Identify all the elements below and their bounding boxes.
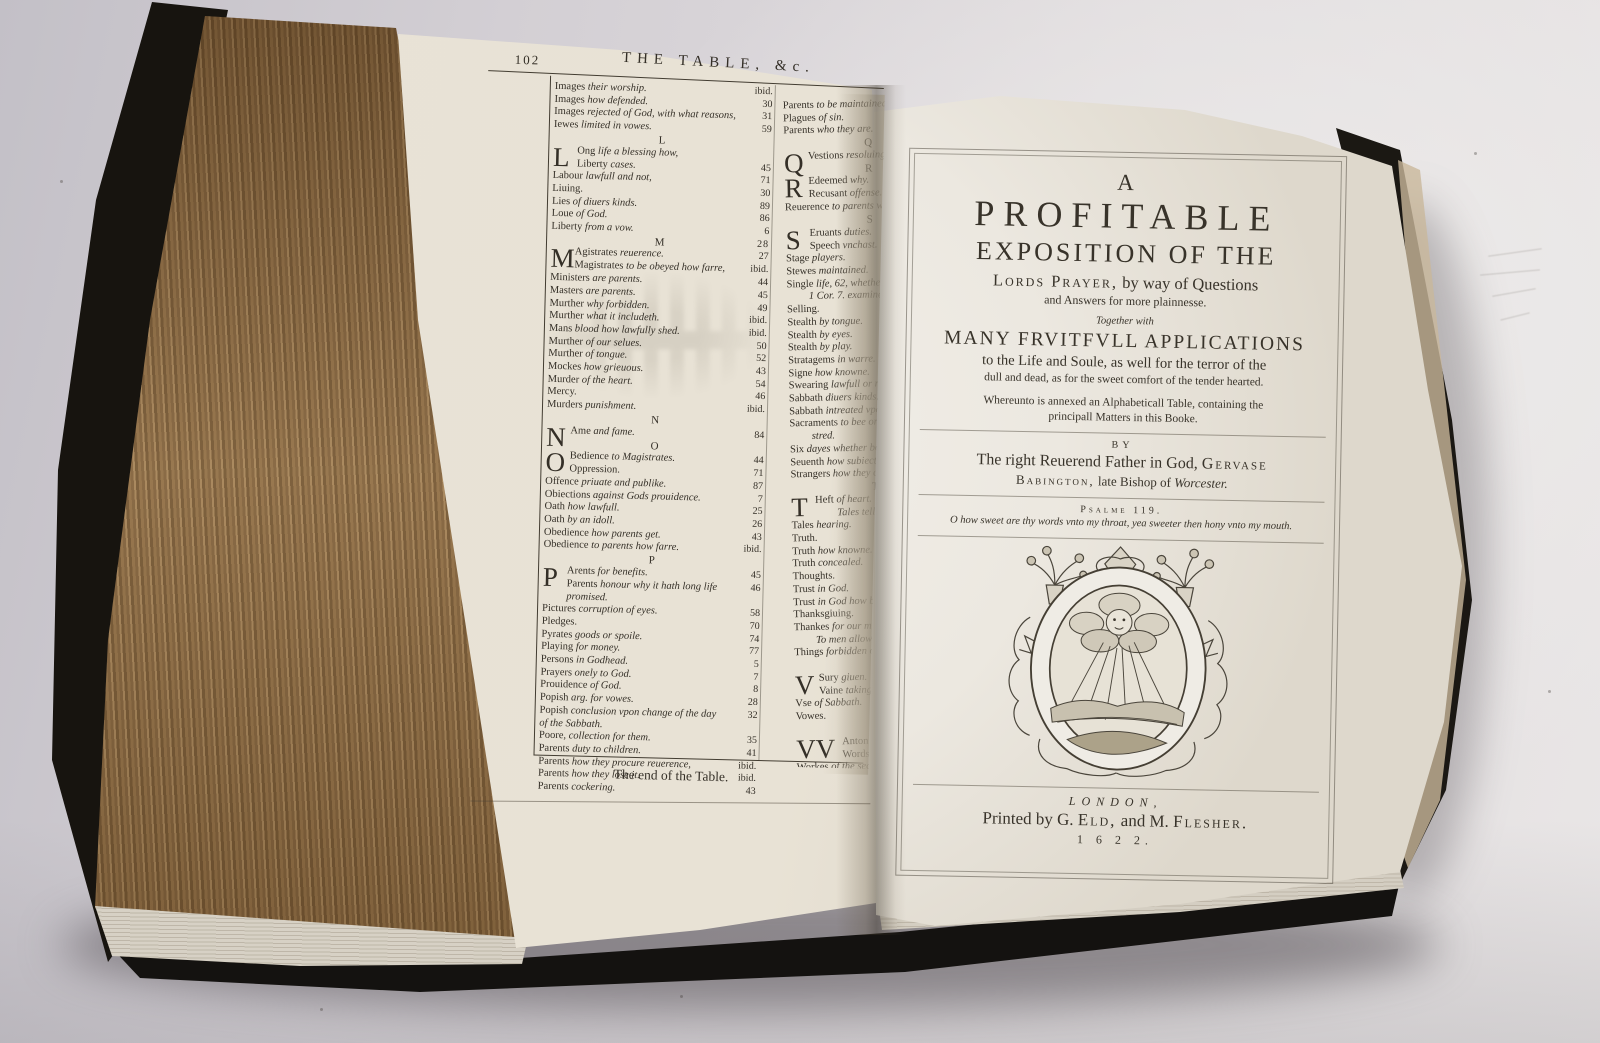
- entry-word: Trust: [793, 596, 815, 607]
- entry-detail: life, 62, whether better.: [813, 276, 884, 289]
- entry-detail: of God.: [587, 680, 621, 692]
- entry-detail: onely to God.: [572, 667, 632, 679]
- author-office: late Bishop of: [1095, 473, 1175, 490]
- entry-detail: corruption of eyes.: [576, 604, 658, 617]
- entry-page-number: ibid.: [736, 264, 768, 277]
- entry-word: Bedience: [570, 451, 609, 463]
- entry-detail: forbidden on the Sabbath.: [823, 645, 884, 658]
- entry-page-number: 71: [731, 467, 763, 480]
- entry-word: Murther: [548, 348, 583, 360]
- entry-word: Stealth: [787, 317, 816, 329]
- entry-word: Obedience: [544, 526, 589, 538]
- entry-text: Vestions resoluing, long life.: [808, 148, 885, 164]
- entry-word: Oath: [544, 514, 565, 525]
- table-entry: Things forbidden on the Sabbath.: [794, 644, 884, 660]
- entry-page-number: 25: [730, 506, 762, 519]
- entry-detail: how subiect to worke.: [824, 454, 885, 467]
- entry-word: Truth: [792, 546, 815, 557]
- entry-detail: of tongue.: [583, 349, 628, 361]
- entry-page-number: 30: [740, 98, 772, 111]
- entry-word: Stage: [786, 253, 810, 264]
- section-header-number: 28: [757, 239, 769, 252]
- entry-detail: offense.: [847, 188, 882, 200]
- entry-word: Persons: [541, 654, 574, 666]
- left-page-content: 102 THE TABLE, &c. Images their worship.…: [467, 45, 890, 935]
- entry-detail: against Gods prouidence.: [590, 489, 701, 503]
- entry-word: Poore,: [539, 730, 566, 742]
- entry-detail: to Magistrates.: [609, 451, 675, 464]
- entry-detail: hearing.: [814, 519, 852, 531]
- entry-text: Edeemed why.: [808, 173, 884, 189]
- entry-detail: lawfull and not,: [583, 171, 652, 184]
- entry-detail: arg. for vowes.: [568, 693, 633, 706]
- entry-page-number: 35: [725, 734, 757, 747]
- entry-word: Eruants: [809, 227, 841, 239]
- entry-word: Murders: [547, 399, 583, 411]
- entry-text: Recusant offense.: [809, 186, 885, 202]
- author-see: Worcester.: [1174, 475, 1228, 491]
- entry-detail: for money.: [573, 642, 620, 654]
- entry-word: Prouidence: [540, 679, 588, 691]
- entry-word: Truth.: [792, 533, 818, 545]
- entry-detail: for benefits.: [595, 566, 648, 578]
- page-number: 102: [504, 52, 550, 69]
- entry-page-number: 28: [726, 696, 758, 709]
- entry-word: Workes: [797, 762, 829, 769]
- title-page-frame-inner: A PROFITABLE EXPOSITION OF THE Lords Pra…: [900, 153, 1342, 879]
- entry-word: Arents: [567, 565, 595, 577]
- title-line-1: PROFITABLE: [930, 191, 1325, 241]
- entry-detail: how knowne.: [815, 544, 873, 556]
- printer-pre: Printed by G.: [982, 808, 1078, 829]
- entry-detail: of Sabbath.: [812, 697, 863, 709]
- entry-detail: dayes whether bound to labour.: [804, 441, 885, 455]
- entry-word: Mans: [549, 323, 573, 335]
- entry-detail: reuerence.: [617, 248, 664, 260]
- entry-page-number: 89: [738, 200, 770, 213]
- entry-page-number: 43: [723, 785, 755, 798]
- entry-word: Ministers: [550, 272, 590, 284]
- entry-detail: of diuers kinds.: [570, 196, 637, 209]
- entry-word: Mockes: [548, 361, 582, 373]
- entry-detail: how lawfull.: [565, 502, 620, 514]
- entry-page-number: 49: [735, 302, 767, 315]
- entry-detail: for our meat proued.: [829, 620, 884, 633]
- entry-detail: limited in vowes.: [578, 120, 652, 133]
- entry-word: Anton: [842, 735, 868, 747]
- title-page-content: A PROFITABLE EXPOSITION OF THE Lords Pra…: [880, 101, 1376, 950]
- dust-speck: [1474, 152, 1477, 155]
- entry-word: Stratagems: [788, 354, 835, 366]
- entry-detail: priuate and publike.: [579, 476, 667, 489]
- entry-detail: men allowable how.: [826, 632, 885, 645]
- entry-detail: of sin.: [816, 112, 845, 124]
- entry-word: Parents: [539, 743, 570, 755]
- entry-detail: in warre.: [835, 353, 876, 365]
- entry-word: Tales: [837, 507, 859, 518]
- entry-page-number: 32: [725, 709, 757, 722]
- entry-detail: duty to children.: [569, 743, 641, 756]
- entry-page-number: 27: [737, 251, 769, 264]
- entry-word: Masters: [550, 285, 584, 297]
- entry-word: Popish: [540, 692, 569, 704]
- entry-word: Sabbath: [789, 393, 823, 405]
- entry-word: Labour: [553, 170, 584, 182]
- entry-word: Sury: [819, 672, 839, 683]
- entry-detail: by play.: [817, 341, 853, 353]
- entry-page-number: ibid.: [735, 315, 767, 328]
- printer-name-1: Eld,: [1078, 810, 1117, 830]
- entry-word: Plagues: [783, 112, 816, 124]
- entry-word: Six: [790, 444, 804, 455]
- printer-device-emblem: [987, 539, 1250, 782]
- entry-detail: to parents whence.: [829, 200, 884, 213]
- entry-word: Heft: [815, 494, 834, 505]
- printer-name-2: Flesher.: [1173, 812, 1248, 832]
- entry-detail: cockering.: [568, 781, 615, 793]
- entry-word: Obedience: [543, 539, 588, 551]
- entry-word: Thanksgiuing.: [793, 608, 854, 620]
- entry-detail: concealed.: [815, 557, 863, 569]
- entry-detail: in God how bred.: [815, 595, 885, 608]
- entry-detail: how parents get.: [589, 528, 661, 541]
- entry-detail: who they are.: [814, 124, 873, 136]
- entry-page-number: 54: [733, 378, 765, 391]
- dust-speck: [1548, 690, 1551, 693]
- entry-text: Parents honour why it hath long life pro…: [566, 578, 729, 607]
- entry-page-number: 84: [732, 429, 764, 442]
- entry-detail: blood how lawfully shed.: [572, 323, 680, 337]
- entry-word: Playing: [541, 641, 573, 653]
- entry-detail: their worship.: [585, 82, 647, 95]
- entry-page-number: 7: [726, 671, 758, 684]
- entry-word: Vaine: [819, 685, 843, 696]
- table-entry: Vse of Sabbath.: [795, 695, 884, 711]
- entry-text: Eruants duties.: [809, 224, 884, 240]
- entry-text: Heft of heart.: [815, 491, 885, 507]
- entry-detail: to bee on the Sabbath mini-: [838, 415, 885, 428]
- dust-speck: [680, 995, 683, 998]
- entry-page-number: 87: [731, 480, 763, 493]
- entry-text: Tales telling.: [815, 504, 884, 520]
- entry-detail: of the heart.: [579, 374, 633, 386]
- table-entry: VVAnton lookes.: [796, 733, 885, 750]
- entry-detail: life a blessing how,: [595, 145, 678, 158]
- entry-page-number: 41: [724, 747, 756, 760]
- entry-detail: cases.: [608, 159, 636, 171]
- table-entry: Vaine taking of Gods name.: [795, 682, 885, 698]
- entry-detail: by eyes.: [817, 329, 853, 341]
- entry-page-number: 8: [726, 684, 758, 697]
- index-column-2: Parents to be maintained of their childr…: [783, 97, 885, 769]
- entry-page-number: 59: [740, 123, 772, 136]
- entry-word: Liberty: [551, 221, 582, 233]
- entry-detail: and fame.: [591, 425, 635, 437]
- entry-page-number: ibid.: [733, 403, 765, 416]
- entry-word: Pictures: [542, 603, 576, 615]
- entry-word: Stealth: [788, 329, 817, 341]
- entry-text: Things forbidden on the Sabbath.: [794, 644, 884, 660]
- entry-word: Thankes: [794, 622, 830, 634]
- entry-page-number: 43: [730, 531, 762, 544]
- entry-detail: of God.: [573, 209, 607, 221]
- entry-detail: punishment.: [582, 400, 636, 412]
- entry-word: Recusant: [809, 189, 848, 201]
- table-entry: VSury giuen.: [795, 669, 885, 686]
- title-lords-prayer: Lords Prayer,: [993, 270, 1118, 291]
- entry-word: Things: [794, 647, 823, 659]
- entry-word: Parents: [783, 100, 814, 112]
- entry-word: Ong: [577, 145, 595, 156]
- entry-word: Murther: [549, 297, 584, 309]
- entry-detail: in God.: [815, 583, 849, 595]
- entry-detail: vnchast.: [840, 239, 878, 251]
- entry-page-number: 77: [727, 646, 759, 659]
- entry-word: Reuerence: [785, 202, 830, 214]
- entry-word: Agistrates: [575, 247, 618, 259]
- entry-text: Vowes.: [796, 708, 885, 724]
- entry-detail: from a vow.: [582, 222, 634, 234]
- entry-page-number: 74: [727, 633, 759, 646]
- dust-speck: [320, 1008, 323, 1011]
- printer-mid: and M.: [1116, 811, 1173, 831]
- entry-page-number: 86: [737, 213, 769, 226]
- entry-detail: how they charged.: [830, 467, 884, 480]
- entry-text: Vaine taking of Gods name.: [819, 682, 885, 698]
- entry-page-number: [739, 149, 771, 150]
- entry-detail: are parents.: [583, 285, 636, 297]
- entry-word: Images: [555, 81, 586, 93]
- entry-page-number: 44: [732, 455, 764, 468]
- title-line-3-rest: by way of Questions: [1118, 273, 1259, 295]
- entry-word: Murder: [548, 373, 580, 385]
- entry-word: Single: [786, 279, 813, 291]
- entry-detail: how knowne.: [812, 366, 870, 378]
- entry-detail: how defended.: [585, 94, 649, 107]
- entry-page-number: 31: [740, 111, 772, 124]
- entry-word: Magistrates: [574, 260, 623, 272]
- entry-word: Offence: [545, 476, 579, 488]
- entry-word: Vowes.: [796, 711, 827, 723]
- entry-page-number: 58: [728, 607, 760, 620]
- entry-detail: intreated vpon at large.: [823, 403, 885, 416]
- entry-word: To: [816, 634, 826, 645]
- entry-detail: diuers kinds.: [823, 391, 880, 403]
- entry-word: Ame: [570, 425, 591, 436]
- entry-page-number: 6: [737, 225, 769, 238]
- entry-text: Vse of Sabbath.: [795, 695, 884, 711]
- entry-word: Lies: [552, 195, 570, 206]
- entry-word: Edeemed: [808, 176, 847, 188]
- entry-word: Truth: [792, 558, 815, 569]
- entry-word: Parents: [567, 578, 598, 590]
- entry-page-number: 45: [739, 162, 771, 175]
- entry-word: Parents: [538, 781, 569, 793]
- entry-detail: players.: [809, 252, 845, 264]
- entry-detail: of our selues.: [583, 336, 642, 348]
- entry-word: Images: [554, 94, 585, 106]
- title-page-frame: A PROFITABLE EXPOSITION OF THE Lords Pra…: [895, 148, 1347, 884]
- entry-page-number: 5: [727, 658, 759, 671]
- entry-text: Sury giuen.: [819, 669, 885, 685]
- entry-detail: why forbidden.: [584, 298, 650, 311]
- entry-page-number: 45: [729, 569, 761, 582]
- entry-page-number: ibid.: [741, 85, 773, 98]
- entry-word: Speech: [810, 240, 841, 252]
- entry-word: Thoughts.: [793, 571, 836, 583]
- entry-page-number: 44: [736, 276, 768, 289]
- page-bottom-rule: [470, 800, 870, 804]
- entry-word: Mercy.: [547, 386, 577, 398]
- entry-page-number: 45: [736, 289, 768, 302]
- entry-word: Strangers: [790, 469, 830, 481]
- entry-word: Sacraments: [789, 418, 838, 430]
- entry-word: Iewes: [554, 119, 579, 131]
- entry-detail: how grieuous.: [581, 362, 643, 375]
- entry-word: Words: [842, 748, 869, 760]
- entry-word: Prayers: [540, 666, 572, 678]
- entry-page-number: ibid.: [735, 327, 767, 340]
- entry-detail: of heart.: [834, 493, 872, 505]
- entry-detail: giuen.: [839, 672, 868, 684]
- entry-word: Popish: [539, 705, 568, 717]
- entry-word: Tales: [792, 520, 814, 531]
- entry-page-number: 30: [738, 187, 770, 200]
- entry-detail: why.: [847, 175, 869, 186]
- entry-word: stred.: [812, 431, 835, 442]
- entry-word: Loue: [552, 208, 574, 220]
- entry-page-number: ibid.: [729, 544, 761, 557]
- entry-word: Murther: [549, 310, 584, 322]
- entry-detail: resoluing, long life.: [843, 148, 884, 161]
- entry-word: Trust: [793, 584, 815, 595]
- entry-word: Signe: [788, 367, 812, 378]
- entry-detail: to be obeyed how farre,: [623, 261, 725, 274]
- entry-word: Oppression.: [569, 464, 620, 476]
- entry-word: Swearing: [789, 380, 829, 392]
- photo-of-antique-book: 102 THE TABLE, &c. Images their worship.…: [0, 0, 1600, 1043]
- entry-page-number: 70: [728, 620, 760, 633]
- entry-word: Stewes: [786, 266, 816, 278]
- entry-word: Liuing.: [552, 183, 583, 195]
- entry-page-number: 43: [734, 365, 766, 378]
- entry-detail: by an idoll.: [565, 514, 615, 526]
- entry-word: Images: [554, 106, 585, 118]
- entry-word: Vse: [795, 698, 812, 709]
- entry-detail: collection for them.: [566, 731, 651, 744]
- entry-detail: to be maintained of their children.: [814, 97, 885, 111]
- entry-word: Liberty: [577, 158, 608, 170]
- entry-detail: duties.: [841, 226, 872, 238]
- entry-page-number: 26: [730, 518, 762, 531]
- entry-detail: in Godhead.: [573, 655, 628, 667]
- table-entry: Vowes.: [796, 708, 885, 724]
- index-column-2-clip: Parents to be maintained of their childr…: [766, 96, 884, 768]
- entry-word: Pledges.: [542, 616, 578, 628]
- entry-detail: maintained.: [816, 265, 869, 277]
- entry-text: Speech vnchast.: [810, 237, 885, 253]
- entry-word: Vestions: [808, 150, 844, 162]
- entry-word: Seuenth: [790, 456, 824, 468]
- entry-word: Parents: [783, 125, 814, 137]
- entry-page-number: 7: [731, 493, 763, 506]
- entry-page-number: 46: [733, 391, 765, 404]
- author-surname: Babington,: [1016, 472, 1095, 489]
- entry-word: Sabbath: [789, 405, 823, 417]
- entry-detail: are parents.: [590, 273, 643, 285]
- entry-word: Pyrates: [541, 628, 572, 640]
- entry-detail: by tongue.: [816, 316, 863, 328]
- entry-word: Stealth: [788, 342, 817, 354]
- entry-page-number: 50: [734, 340, 766, 353]
- entry-page-number: 52: [734, 353, 766, 366]
- index-column-1: Images their worship.ibid.Images how def…: [538, 81, 773, 799]
- entry-word: Obiections: [545, 488, 591, 500]
- entry-word: Oath: [544, 501, 565, 512]
- entry-word: Murther: [548, 335, 583, 347]
- entry-detail: to parents how farre.: [588, 540, 679, 553]
- author-forename: Gervase: [1202, 455, 1268, 473]
- entry-detail: goods or spoile.: [572, 629, 642, 642]
- entry-word: Selling.: [787, 304, 820, 316]
- entry-detail: Cor. 7. examined.: [814, 290, 885, 303]
- table-entry: Words in charmes whether of force or no.: [796, 746, 884, 762]
- entry-page-number: 71: [738, 175, 770, 188]
- author-pre: The right Reuerend Father in God,: [976, 451, 1202, 472]
- entry-page-number: 46: [728, 582, 760, 595]
- entry-detail: lawfull or not.: [828, 379, 884, 391]
- entry-detail: what it includeth.: [584, 311, 660, 324]
- dust-speck: [60, 180, 63, 183]
